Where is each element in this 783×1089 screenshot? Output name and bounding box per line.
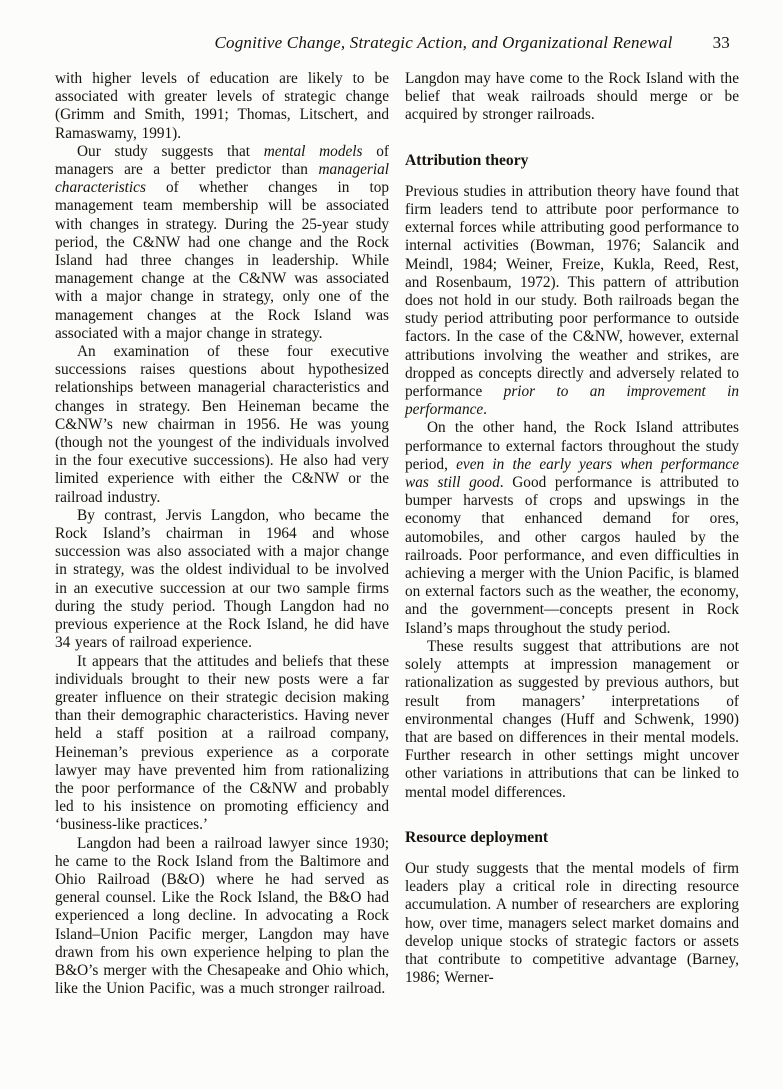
paragraph: It appears that the attitudes and belief… — [55, 653, 389, 835]
text-segment: Previous studies in attribution theory h… — [405, 183, 739, 400]
page-number: 33 — [713, 33, 730, 53]
running-head: Cognitive Change, Strategic Action, and … — [55, 33, 730, 53]
right-column: Langdon may have come to the Rock Island… — [405, 70, 739, 998]
paragraph: Our study suggests that the mental model… — [405, 860, 739, 987]
text-segment: An examination of these four executive s… — [55, 343, 389, 506]
paragraph: An examination of these four executive s… — [55, 343, 389, 507]
paragraph: By contrast, Jervis Langdon, who became … — [55, 507, 389, 653]
text-segment: Langdon had been a railroad lawyer since… — [55, 835, 389, 998]
text-segment: . — [483, 401, 487, 418]
paragraph: Previous studies in attribution theory h… — [405, 183, 739, 420]
paragraph: Our study suggests that mental models of… — [55, 143, 389, 343]
paragraph: with higher levels of education are like… — [55, 70, 389, 143]
italic-phrase: mental models — [264, 143, 363, 160]
text-segment: . Good performance is attributed to bump… — [405, 474, 739, 637]
paragraph: On the other hand, the Rock Island attri… — [405, 419, 739, 637]
section-heading: Resource deployment — [405, 829, 739, 847]
text-segment: of whether changes in top management tea… — [55, 179, 389, 342]
section-heading: Attribution theory — [405, 152, 739, 170]
two-column-body: with higher levels of education are like… — [55, 70, 740, 998]
text-segment: By contrast, Jervis Langdon, who became … — [55, 507, 389, 651]
paragraph: These results suggest that attributions … — [405, 638, 739, 802]
paragraph: Langdon may have come to the Rock Island… — [405, 70, 739, 125]
text-segment: Langdon may have come to the Rock Island… — [405, 70, 739, 123]
running-head-title: Cognitive Change, Strategic Action, and … — [214, 33, 672, 53]
paragraph: Langdon had been a railroad lawyer since… — [55, 835, 389, 999]
text-segment: Our study suggests that — [77, 143, 264, 160]
left-column: with higher levels of education are like… — [55, 70, 389, 998]
journal-page: Cognitive Change, Strategic Action, and … — [0, 0, 783, 1089]
text-segment: These results suggest that attributions … — [405, 638, 739, 801]
text-segment: It appears that the attitudes and belief… — [55, 653, 389, 834]
text-segment: Our study suggests that the mental model… — [405, 860, 739, 986]
text-segment: with higher levels of education are like… — [55, 70, 389, 142]
